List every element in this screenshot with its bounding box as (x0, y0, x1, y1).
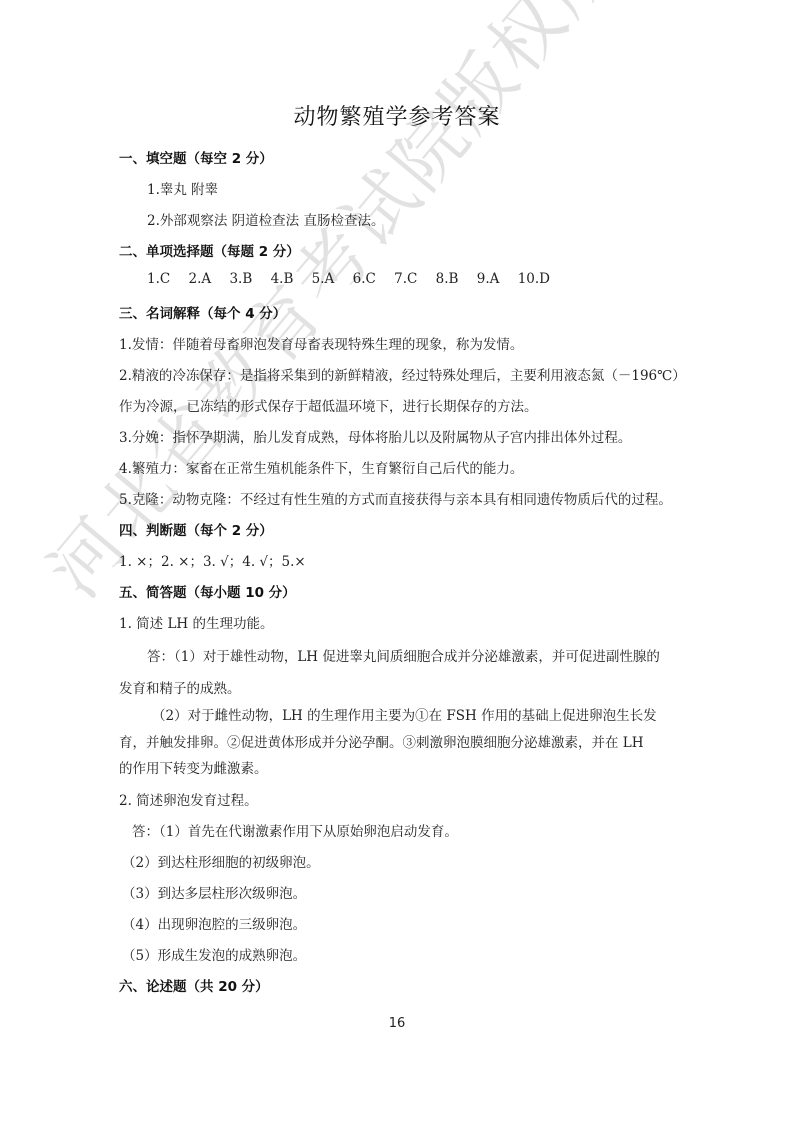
short-answer-q2-line: （3）到达多层柱形次级卵泡。 (122, 882, 306, 902)
document-page: 河北省教育考试院版权所有 动物繁殖学参考答案 一、填空题（每空 2 分） 1.睾… (0, 0, 794, 1123)
section-heading-single-choice: 二、单项选择题（每题 2 分） (119, 240, 300, 260)
choice-answer: 8.B (436, 271, 459, 287)
short-answer-q2-line: （2）到达柱形细胞的初级卵泡。 (122, 851, 320, 871)
definition-semen-freezing-cont: 作为冷源，已冻结的形式保存于超低温环境下，进行长期保存的方法。 (119, 395, 538, 415)
choice-answer: 2.A (189, 271, 212, 287)
definition-cloning: 5.克隆：动物克隆：不经过有性生殖的方式而直接获得与亲本具有相同遗传物质后代的过… (119, 488, 672, 508)
definition-fertility: 4.繁殖力：家畜在正常生殖机能条件下，生育繁衍自己后代的能力。 (119, 457, 523, 477)
short-answer-q1-line: 答：（1）对于雄性动物，LH 促进睾丸间质细胞合成并分泌雄激素，并可促进副性腺的 (147, 645, 660, 665)
section-heading-definitions: 三、名词解释（每个 4 分） (119, 302, 286, 322)
short-answer-q2: 2. 简述卵泡发育过程。 (119, 789, 258, 809)
choice-answer: 5.A (312, 271, 335, 287)
section-heading-short-answer: 五、简答题（每小题 10 分） (119, 581, 296, 601)
choice-answer: 9.A (477, 271, 500, 287)
choice-answer: 10.D (518, 271, 550, 287)
short-answer-q1-line: （2）对于雌性动物，LH 的生理作用主要为①在 FSH 作用的基础上促进卵泡生长… (152, 704, 657, 724)
true-false-answers: 1. ×；2. ×；3. √；4. √；5.× (119, 550, 306, 570)
fill-in-answer-2: 2.外部观察法 阴道检查法 直肠检查法。 (147, 209, 384, 229)
choice-answer: 4.B (271, 271, 294, 287)
short-answer-q1-line: 发育和精子的成熟。 (119, 677, 241, 697)
short-answer-q2-line: （5）形成生发泡的成熟卵泡。 (122, 944, 306, 964)
watermark: 河北省教育考试院版权所有 (20, 0, 588, 615)
page-number: 16 (0, 1016, 794, 1031)
single-choice-answers: 1.C 2.A 3.B 4.B 5.A 6.C 7.C 8.B 9.A 10.D (147, 271, 564, 287)
short-answer-q2-line: （4）出现卵泡腔的三级卵泡。 (122, 913, 306, 933)
section-heading-fill-in: 一、填空题（每空 2 分） (119, 147, 273, 167)
short-answer-q1-line: 的作用下转变为雌激素。 (119, 757, 268, 777)
page-title: 动物繁殖学参考答案 (0, 100, 794, 131)
definition-parturition: 3.分娩：指怀孕期满，胎儿发育成熟，母体将胎儿以及附属物从子宫内排出体外过程。 (119, 426, 631, 446)
choice-answer: 6.C (353, 271, 376, 287)
choice-answer: 7.C (394, 271, 417, 287)
section-heading-essay: 六、论述题（共 20 分） (119, 975, 269, 995)
short-answer-q2-line: 答：（1）首先在代谢激素作用下从原始卵泡启动发育。 (132, 820, 458, 840)
short-answer-q1-line: 育，并触发排卵。②促进黄体形成并分泌孕酮。③刺激卵泡膜细胞分泌雄激素，并在 LH (119, 731, 644, 751)
choice-answer: 1.C (147, 271, 170, 287)
definition-estrus: 1.发情：伴随着母畜卵泡发育母畜表现特殊生理的现象，称为发情。 (119, 333, 523, 353)
choice-answer: 3.B (229, 271, 252, 287)
fill-in-answer-1: 1.睾丸 附睾 (147, 178, 218, 198)
short-answer-q1: 1. 简述 LH 的生理功能。 (119, 612, 274, 632)
definition-semen-freezing: 2.精液的冷冻保存：是指将采集到的新鲜精液，经过特殊处理后，主要利用液态氮（－1… (119, 364, 686, 384)
section-heading-true-false: 四、判断题（每个 2 分） (119, 519, 273, 539)
